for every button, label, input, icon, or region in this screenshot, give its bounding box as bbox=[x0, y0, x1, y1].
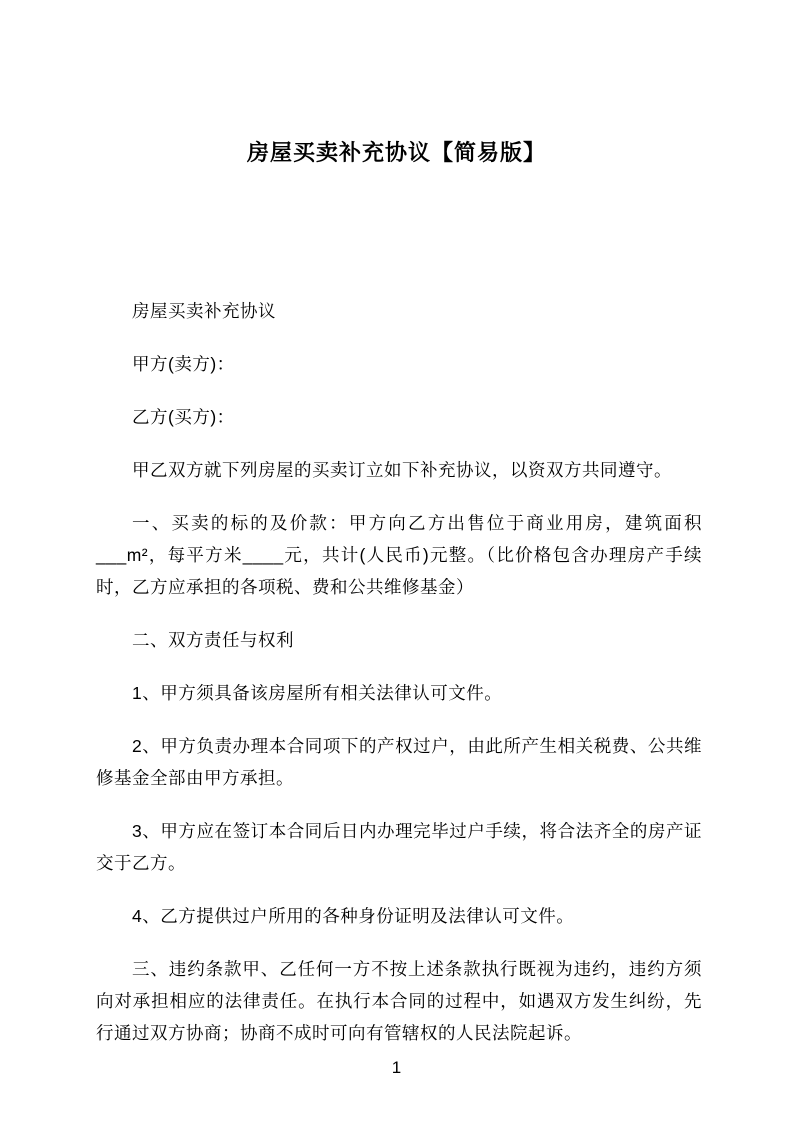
document-body: 房屋买卖补充协议 甲方(卖方)： 乙方(买方)： 甲乙双方就下列房屋的买卖订立如… bbox=[96, 295, 702, 1049]
clause-one-paragraph: 一、买卖的标的及价款：甲方向乙方出售位于商业用房，建筑面积___m²，每平方米_… bbox=[96, 507, 702, 603]
document-title: 房屋买卖补充协议【简易版】 bbox=[0, 0, 793, 167]
party-b-line: 乙方(买方)： bbox=[96, 401, 702, 433]
page-number: 1 bbox=[0, 1058, 793, 1078]
clause-two-heading: 二、双方责任与权利 bbox=[96, 624, 702, 656]
document-page: 房屋买卖补充协议【简易版】 房屋买卖补充协议 甲方(卖方)： 乙方(买方)： 甲… bbox=[0, 0, 793, 1122]
clause-two-item-2: 2、甲方负责办理本合同项下的产权过户，由此所产生相关税费、公共维修基金全部由甲方… bbox=[96, 730, 702, 794]
clause-two-item-4: 4、乙方提供过户所用的各种身份证明及法律认可文件。 bbox=[96, 900, 702, 932]
clause-two-item-3: 3、甲方应在签订本合同后日内办理完毕过户手续，将合法齐全的房产证交于乙方。 bbox=[96, 815, 702, 879]
party-a-line: 甲方(卖方)： bbox=[96, 348, 702, 380]
doc-heading-line: 房屋买卖补充协议 bbox=[96, 295, 702, 327]
clause-two-item-1: 1、甲方须具备该房屋所有相关法律认可文件。 bbox=[96, 677, 702, 709]
preamble-paragraph: 甲乙双方就下列房屋的买卖订立如下补充协议，以资双方共同遵守。 bbox=[96, 454, 702, 486]
clause-three-paragraph: 三、违约条款甲、乙任何一方不按上述条款执行既视为违约，违约方须向对承担相应的法律… bbox=[96, 953, 702, 1049]
